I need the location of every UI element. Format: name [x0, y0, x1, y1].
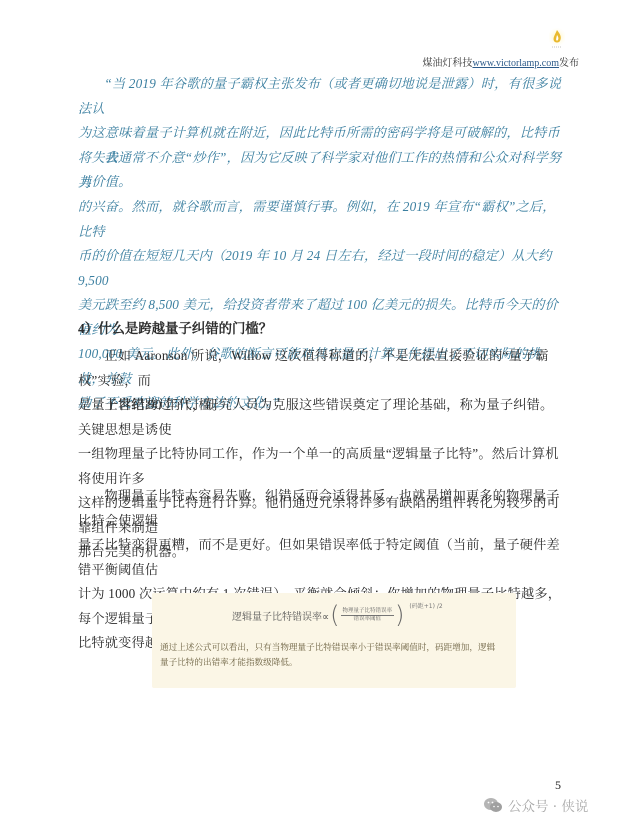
watermark-text: 公众号 · 侠说 — [508, 795, 588, 815]
right-paren: ) — [395, 603, 404, 627]
left-paren: ( — [330, 603, 339, 627]
text-line: 上世纪 90 年代，研究人员为克服这些错误奠定了理论基础，称为量子纠错。关键思想… — [78, 393, 564, 442]
text-line: “当 2019 年谷歌的量子霸权主张发布（或者更确切地说是泄露）时，有很多说法认 — [78, 72, 564, 121]
page-header: 煤油灯科技www.victorlamp.com发布 — [379, 28, 579, 68]
text-line: 物理量子比特太容易失败，纠错反而会适得其反。也就是增加更多的物理量子比特会使逻辑 — [78, 484, 564, 533]
note-line: 量子比特的出错率才能指数级降低。 — [160, 656, 510, 671]
publisher-line: 煤油灯科技www.victorlamp.com发布 — [422, 54, 579, 69]
text-line: 量子比特变得更糟，而不是更好。但如果错误率低于特定阈值（当前，量子硬件差错平衡阈… — [78, 533, 564, 582]
publisher-name: 煤油灯科技 — [422, 58, 472, 69]
text-line: 我通常不介意“炒作”，因为它反映了科学家对他们工作的热情和公众对科学努力 — [78, 146, 564, 195]
formula-exponent: (码距+1) /2 — [409, 601, 442, 610]
section-heading: 4）什么是跨越量子纠错的门槛？ — [78, 318, 272, 337]
fraction-denominator: 错误率阈值 — [354, 616, 382, 623]
wechat-icon — [483, 797, 503, 813]
formula-note: 通过上述公式可以看出，只有当物理量子比特错误率小于错误率阈值时，码距增加，逻辑 … — [160, 641, 510, 671]
oil-lamp-flame-icon — [549, 28, 565, 50]
formula-fraction: 物理量子比特错误率 错误率阈值 — [341, 608, 395, 623]
publisher-suffix: 发布 — [559, 58, 579, 69]
error-rate-formula: 逻辑量子比特错误率∝ ( 物理量子比特错误率 错误率阈值 ) (码距+1) /2 — [232, 603, 443, 627]
text-line: 币的价值在短短几天内（2019 年 10 月 24 日左右，经过一段时间的稳定）… — [78, 244, 564, 293]
text-line: 正如 Aaronson 所说，Willow 这次值得称道的，不是无法直接验证的“… — [78, 344, 564, 393]
note-line: 通过上述公式可以看出，只有当物理量子比特错误率小于错误率阈值时，码距增加，逻辑 — [160, 641, 510, 656]
publisher-link[interactable]: www.victorlamp.com — [472, 58, 559, 69]
formula-figure: 逻辑量子比特错误率∝ ( 物理量子比特错误率 错误率阈值 ) (码距+1) /2… — [152, 593, 516, 688]
wechat-watermark: 公众号 · 侠说 — [483, 795, 588, 815]
page-number: 5 — [555, 778, 561, 793]
text-line: 的兴奋。然而，就谷歌而言，需要谨慎行事。例如，在 2019 年宣布“霸权”之后，… — [78, 195, 564, 244]
formula-lhs: 逻辑量子比特错误率∝ — [232, 608, 329, 623]
fraction-numerator: 物理量子比特错误率 — [341, 608, 395, 616]
